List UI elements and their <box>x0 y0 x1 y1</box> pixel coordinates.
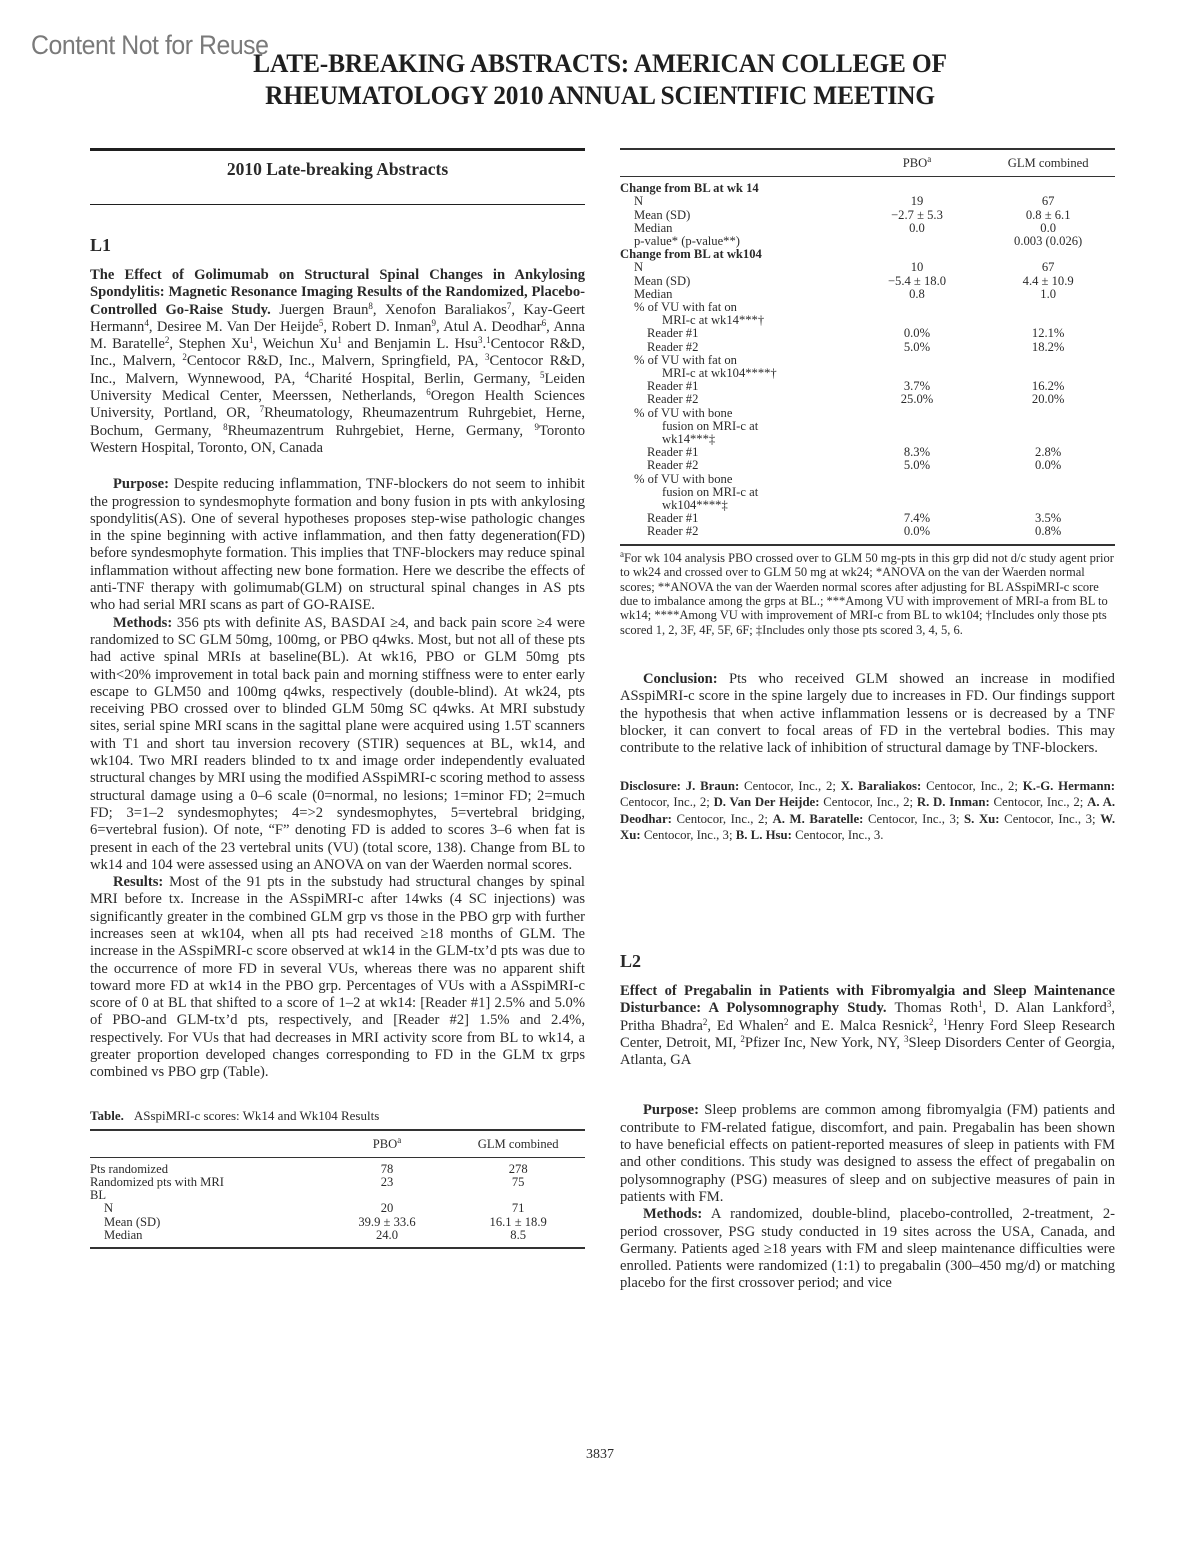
disclosure-item: X. Baraliakos: Centocor, Inc., 2; <box>841 779 1018 793</box>
pbo-value: 20 <box>323 1202 452 1215</box>
left-column: 2010 Late-breaking Abstracts L1 The Effe… <box>90 148 585 1249</box>
abstract-l1-conclusion: Conclusion: Pts who received GLM showed … <box>620 671 1115 757</box>
glm-value: 4.4 ± 10.9 <box>981 275 1115 288</box>
table-row: % of VU with fat onMRI-c at wk104****† <box>620 354 1115 380</box>
pbo-value: 0.0% <box>853 525 982 544</box>
row-label: Change from BL at wk 14 <box>620 177 853 196</box>
table-row: Median24.08.5 <box>90 1229 585 1248</box>
glm-value: 71 <box>451 1202 585 1215</box>
methods-label: Methods: <box>643 1206 702 1222</box>
row-label: Randomized pts with MRI <box>90 1176 323 1189</box>
table-header-row: PBOa GLM combined <box>90 1130 585 1158</box>
row-label: % of VU with fat onMRI-c at wk104****† <box>620 354 853 380</box>
pbo-value: 23 <box>323 1176 452 1189</box>
pbo-value: 5.0% <box>853 341 982 354</box>
table-row: Randomized pts with MRI2375 <box>90 1176 585 1189</box>
page-title-line-1: LATE-BREAKING ABSTRACTS: AMERICAN COLLEG… <box>24 47 1176 79</box>
disclosure-item: S. Xu: Centocor, Inc., 3; <box>964 812 1096 826</box>
glm-value: 16.1 ± 18.9 <box>451 1216 585 1229</box>
author: Benjamin L. Hsu <box>374 336 478 352</box>
pbo-value: 0.0 <box>853 222 982 235</box>
table-row: Change from BL at wk 14 <box>620 177 1115 196</box>
pbo-value <box>853 235 982 248</box>
table-caption-text: ASspiMRI-c scores: Wk14 and Wk104 Result… <box>134 1108 379 1123</box>
glm-value <box>981 301 1115 327</box>
pbo-value: 19 <box>853 195 982 208</box>
pbo-value <box>853 301 982 327</box>
affiliation: 4Charité Hospital, Berlin, Germany, <box>305 371 531 387</box>
table-row: Reader #10.0%12.1% <box>620 327 1115 340</box>
abstract-l1-results: Results: Most of the 91 pts in the subst… <box>90 874 585 1082</box>
table-header-label <box>90 1130 323 1158</box>
affiliation: 8Rheumazentrum Ruhrgebiet, Herne, German… <box>223 423 523 439</box>
author: D. Alan Lankford <box>994 1000 1106 1016</box>
author: Stephen Xu <box>179 336 249 352</box>
author: Ed Whalen <box>717 1018 784 1034</box>
pbo-value: 5.0% <box>853 459 982 472</box>
row-label: Mean (SD) <box>620 275 853 288</box>
row-label: Mean (SD) <box>620 209 853 222</box>
glm-value: 0.8% <box>981 525 1115 544</box>
pbo-value: 10 <box>853 261 982 274</box>
table-row: Mean (SD)−2.7 ± 5.30.8 ± 6.1 <box>620 209 1115 222</box>
table-row: % of VU with bonefusion on MRI-c atwk104… <box>620 473 1115 513</box>
row-label: N <box>620 261 853 274</box>
row-label: % of VU with bonefusion on MRI-c atwk104… <box>620 473 853 513</box>
right-column: PBOa GLM combined Change from BL at wk 1… <box>620 148 1115 1293</box>
results-table-part-2: PBOa GLM combined Change from BL at wk 1… <box>620 148 1115 546</box>
page-title-line-2: RHEUMATOLOGY 2010 ANNUAL SCIENTIFIC MEET… <box>24 79 1176 111</box>
glm-value: 67 <box>981 261 1115 274</box>
table-footnote: aFor wk 104 analysis PBO crossed over to… <box>620 551 1115 637</box>
glm-value: 0.8 ± 6.1 <box>981 209 1115 222</box>
table-row: BL <box>90 1189 585 1202</box>
glm-value <box>981 177 1115 196</box>
table-row: Reader #25.0%0.0% <box>620 459 1115 472</box>
pbo-value <box>853 177 982 196</box>
glm-value <box>981 407 1115 447</box>
author: Weichun Xu <box>262 336 337 352</box>
author: E. Malca Resnick <box>821 1018 929 1034</box>
table-row: Change from BL at wk104 <box>620 248 1115 261</box>
table-row: N1067 <box>620 261 1115 274</box>
row-label: N <box>620 195 853 208</box>
glm-value: 75 <box>451 1176 585 1189</box>
pbo-value: −2.7 ± 5.3 <box>853 209 982 222</box>
row-label: N <box>90 1202 323 1215</box>
glm-value: 12.1% <box>981 327 1115 340</box>
table-row: Reader #20.0%0.8% <box>620 525 1115 544</box>
results-table-part-1: PBOa GLM combined Pts randomized78278Ran… <box>90 1129 585 1249</box>
author: Juergen Braun <box>279 302 368 318</box>
abstract-l1-methods: Methods: 356 pts with definite AS, BASDA… <box>90 615 585 874</box>
affiliation: 2Pfizer Inc, New York, NY, <box>740 1035 900 1051</box>
pbo-value <box>853 407 982 447</box>
conclusion-label: Conclusion: <box>643 671 718 687</box>
pbo-value <box>853 473 982 513</box>
glm-value: 278 <box>451 1157 585 1176</box>
glm-value <box>981 354 1115 380</box>
abstract-id-l2: L2 <box>620 951 1115 972</box>
disclosure-item: A. M. Baratelle: Centocor, Inc., 3; <box>773 812 960 826</box>
author: Desiree M. Van Der Heijde <box>157 319 319 335</box>
row-label: Median <box>90 1229 323 1248</box>
methods-label: Methods: <box>113 615 172 631</box>
table-row: Reader #25.0%18.2% <box>620 341 1115 354</box>
pbo-value: −5.4 ± 18.0 <box>853 275 982 288</box>
table-header-label <box>620 149 853 177</box>
abstract-l1-affiliations: .1Centocor R&D, Inc., Malvern, 2Centocor… <box>90 336 585 456</box>
page-number: 3837 <box>0 1447 1200 1463</box>
purpose-text: Despite reducing inflammation, TNF-block… <box>90 476 585 613</box>
glm-value: 20.0% <box>981 393 1115 406</box>
pbo-value: 24.0 <box>323 1229 452 1248</box>
pbo-value: 25.0% <box>853 393 982 406</box>
table-row: Reader #225.0%20.0% <box>620 393 1115 406</box>
glm-value <box>981 473 1115 513</box>
glm-value: 67 <box>981 195 1115 208</box>
row-label: BL <box>90 1189 323 1202</box>
page-title: LATE-BREAKING ABSTRACTS: AMERICAN COLLEG… <box>0 47 1200 111</box>
pbo-value: 0.8 <box>853 288 982 301</box>
affiliation: 2Centocor R&D, Inc., Malvern, Springfiel… <box>182 353 478 369</box>
glm-value: 1.0 <box>981 288 1115 301</box>
pbo-value <box>853 354 982 380</box>
disclosure-item: D. Van Der Heijde: Centocor, Inc., 2; <box>714 795 914 809</box>
section-banner: 2010 Late-breaking Abstracts <box>90 148 585 205</box>
table-row: Pts randomized78278 <box>90 1157 585 1176</box>
table-row: Mean (SD)39.9 ± 33.616.1 ± 18.9 <box>90 1216 585 1229</box>
table-caption: Table.ASspiMRI-c scores: Wk14 and Wk104 … <box>90 1108 585 1124</box>
disclosure-label: Disclosure: <box>620 779 681 793</box>
row-label: Reader #2 <box>620 459 853 472</box>
methods-text: 356 pts with definite AS, BASDAI ≥4, and… <box>90 615 585 873</box>
abstract-l2-heading: Effect of Pregabalin in Patients with Fi… <box>620 983 1115 1069</box>
row-label: Change from BL at wk104 <box>620 248 853 261</box>
row-label: % of VU with bonefusion on MRI-c atwk14*… <box>620 407 853 447</box>
author: Xenofon Baraliakos <box>385 302 507 318</box>
table-header-pbo: PBOa <box>323 1130 452 1158</box>
abstract-id-l1: L1 <box>90 235 585 256</box>
author: Pritha Bhadra <box>620 1018 703 1034</box>
table-caption-label: Table. <box>90 1108 124 1123</box>
pbo-value: 78 <box>323 1157 452 1176</box>
table-header-glm: GLM combined <box>981 149 1115 177</box>
results-text: Most of the 91 pts in the substudy had s… <box>90 874 585 1080</box>
purpose-label: Purpose: <box>113 476 169 492</box>
disclosure-item: R. D. Inman: Centocor, Inc., 2; <box>917 795 1084 809</box>
table-row: N1967 <box>620 195 1115 208</box>
disclosure-item: B. L. Hsu: Centocor, Inc., 3. <box>736 828 884 842</box>
disclosure-item: J. Braun: Centocor, Inc., 2; <box>686 779 836 793</box>
table-header-row: PBOa GLM combined <box>620 149 1115 177</box>
table-row: % of VU with fat onMRI-c at wk14***† <box>620 301 1115 327</box>
results-label: Results: <box>113 874 163 890</box>
pbo-value: 39.9 ± 33.6 <box>323 1216 452 1229</box>
row-label: Pts randomized <box>90 1157 323 1176</box>
author: Atul A. Deodhar <box>443 319 541 335</box>
abstract-l2-methods: Methods: A randomized, double-blind, pla… <box>620 1206 1115 1292</box>
row-label: Reader #1 <box>620 327 853 340</box>
abstract-l1-disclosure: Disclosure: J. Braun: Centocor, Inc., 2;… <box>620 778 1115 844</box>
table-row: Mean (SD)−5.4 ± 18.04.4 ± 10.9 <box>620 275 1115 288</box>
glm-value: 0.0% <box>981 459 1115 472</box>
row-label: Reader #2 <box>620 525 853 544</box>
table-row: % of VU with bonefusion on MRI-c atwk14*… <box>620 407 1115 447</box>
purpose-label: Purpose: <box>643 1102 699 1118</box>
glm-value: 8.5 <box>451 1229 585 1248</box>
glm-value: 0.003 (0.026) <box>981 235 1115 248</box>
table-header-pbo: PBOa <box>853 149 982 177</box>
glm-value: 18.2% <box>981 341 1115 354</box>
row-label: % of VU with fat onMRI-c at wk14***† <box>620 301 853 327</box>
pbo-value: 0.0% <box>853 327 982 340</box>
row-label: Reader #2 <box>620 341 853 354</box>
abstract-l1-heading: The Effect of Golimumab on Structural Sp… <box>90 267 585 457</box>
row-label: Mean (SD) <box>90 1216 323 1229</box>
table-row: N2071 <box>90 1202 585 1215</box>
row-label: Reader #2 <box>620 393 853 406</box>
table-header-glm: GLM combined <box>451 1130 585 1158</box>
author: Thomas Roth <box>895 1000 979 1016</box>
author: Robert D. Inman <box>331 319 431 335</box>
abstract-l1-purpose: Purpose: Despite reducing inflammation, … <box>90 476 585 614</box>
abstract-l2-purpose: Purpose: Sleep problems are common among… <box>620 1102 1115 1206</box>
